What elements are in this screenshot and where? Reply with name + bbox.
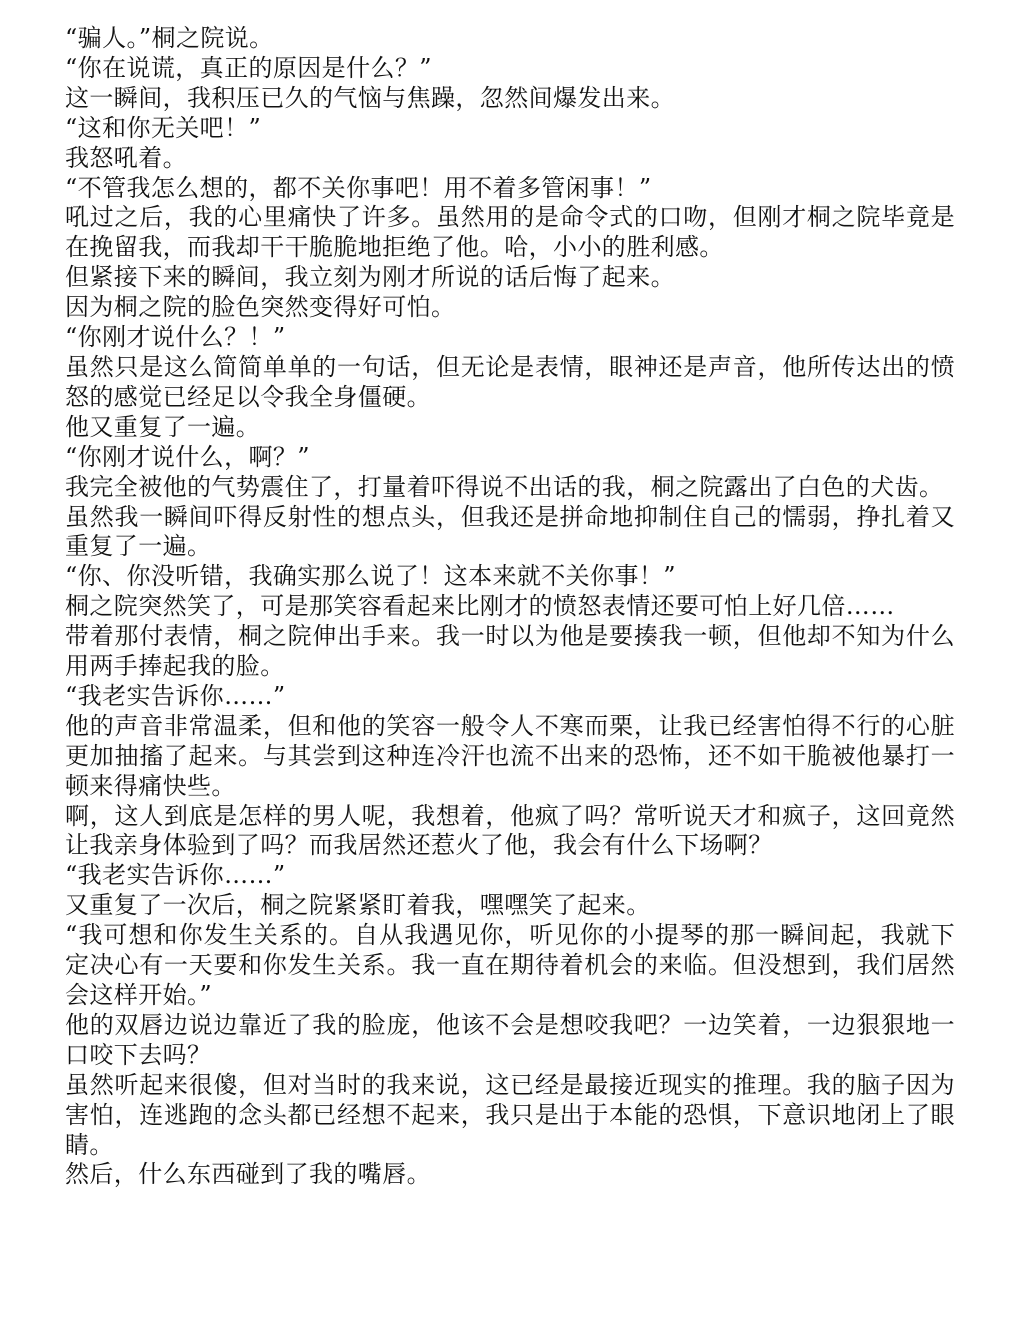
paragraph: 我怒吼着。 bbox=[65, 144, 955, 174]
paragraph: “我可想和你发生关系的。自从我遇见你，听见你的小提琴的那一瞬间起，我就下定决心有… bbox=[65, 921, 955, 1011]
paragraph: “骗人。”桐之院说。 bbox=[65, 24, 955, 54]
paragraph: “你刚才说什么？！” bbox=[65, 323, 955, 353]
paragraph: “你、你没听错，我确实那么说了！这本来就不关你事！” bbox=[65, 562, 955, 592]
paragraph: 因为桐之院的脸色突然变得好可怕。 bbox=[65, 293, 955, 323]
paragraph: 他又重复了一遍。 bbox=[65, 413, 955, 443]
document-page: “骗人。”桐之院说。 “你在说谎，真正的原因是什么？” 这一瞬间，我积压已久的气… bbox=[65, 24, 955, 1190]
paragraph: 然后，什么东西碰到了我的嘴唇。 bbox=[65, 1160, 955, 1190]
paragraph: 虽然我一瞬间吓得反射性的想点头，但我还是拼命地抑制住自己的懦弱，挣扎着又重复了一… bbox=[65, 503, 955, 563]
paragraph: 又重复了一次后，桐之院紧紧盯着我，嘿嘿笑了起来。 bbox=[65, 891, 955, 921]
paragraph: 虽然只是这么简简单单的一句话，但无论是表情，眼神还是声音，他所传达出的愤怒的感觉… bbox=[65, 353, 955, 413]
paragraph: 这一瞬间，我积压已久的气恼与焦躁，忽然间爆发出来。 bbox=[65, 84, 955, 114]
paragraph: 啊，这人到底是怎样的男人呢，我想着，他疯了吗？常听说天才和疯子，这回竟然让我亲身… bbox=[65, 802, 955, 862]
paragraph: “这和你无关吧！” bbox=[65, 114, 955, 144]
paragraph: “我老实告诉你……” bbox=[65, 861, 955, 891]
paragraph: 吼过之后，我的心里痛快了许多。虽然用的是命令式的口吻，但刚才桐之院毕竟是在挽留我… bbox=[65, 203, 955, 263]
paragraph: 但紧接下来的瞬间，我立刻为刚才所说的话后悔了起来。 bbox=[65, 263, 955, 293]
paragraph: 我完全被他的气势震住了，打量着吓得说不出话的我，桐之院露出了白色的犬齿。 bbox=[65, 473, 955, 503]
paragraph: 他的声音非常温柔，但和他的笑容一般令人不寒而栗，让我已经害怕得不行的心脏更加抽搐… bbox=[65, 712, 955, 802]
paragraph: “你在说谎，真正的原因是什么？” bbox=[65, 54, 955, 84]
paragraph: “你刚才说什么，啊？” bbox=[65, 443, 955, 473]
paragraph: 带着那付表情，桐之院伸出手来。我一时以为他是要揍我一顿，但他却不知为什么用两手捧… bbox=[65, 622, 955, 682]
paragraph: 他的双唇边说边靠近了我的脸庞，他该不会是想咬我吧？一边笑着，一边狠狠地一口咬下去… bbox=[65, 1011, 955, 1071]
paragraph: 桐之院突然笑了，可是那笑容看起来比刚才的愤怒表情还要可怕上好几倍…… bbox=[65, 592, 955, 622]
paragraph: 虽然听起来很傻，但对当时的我来说，这已经是最接近现实的推理。我的脑子因为害怕，连… bbox=[65, 1071, 955, 1161]
paragraph: “不管我怎么想的，都不关你事吧！用不着多管闲事！” bbox=[65, 174, 955, 204]
paragraph: “我老实告诉你……” bbox=[65, 682, 955, 712]
